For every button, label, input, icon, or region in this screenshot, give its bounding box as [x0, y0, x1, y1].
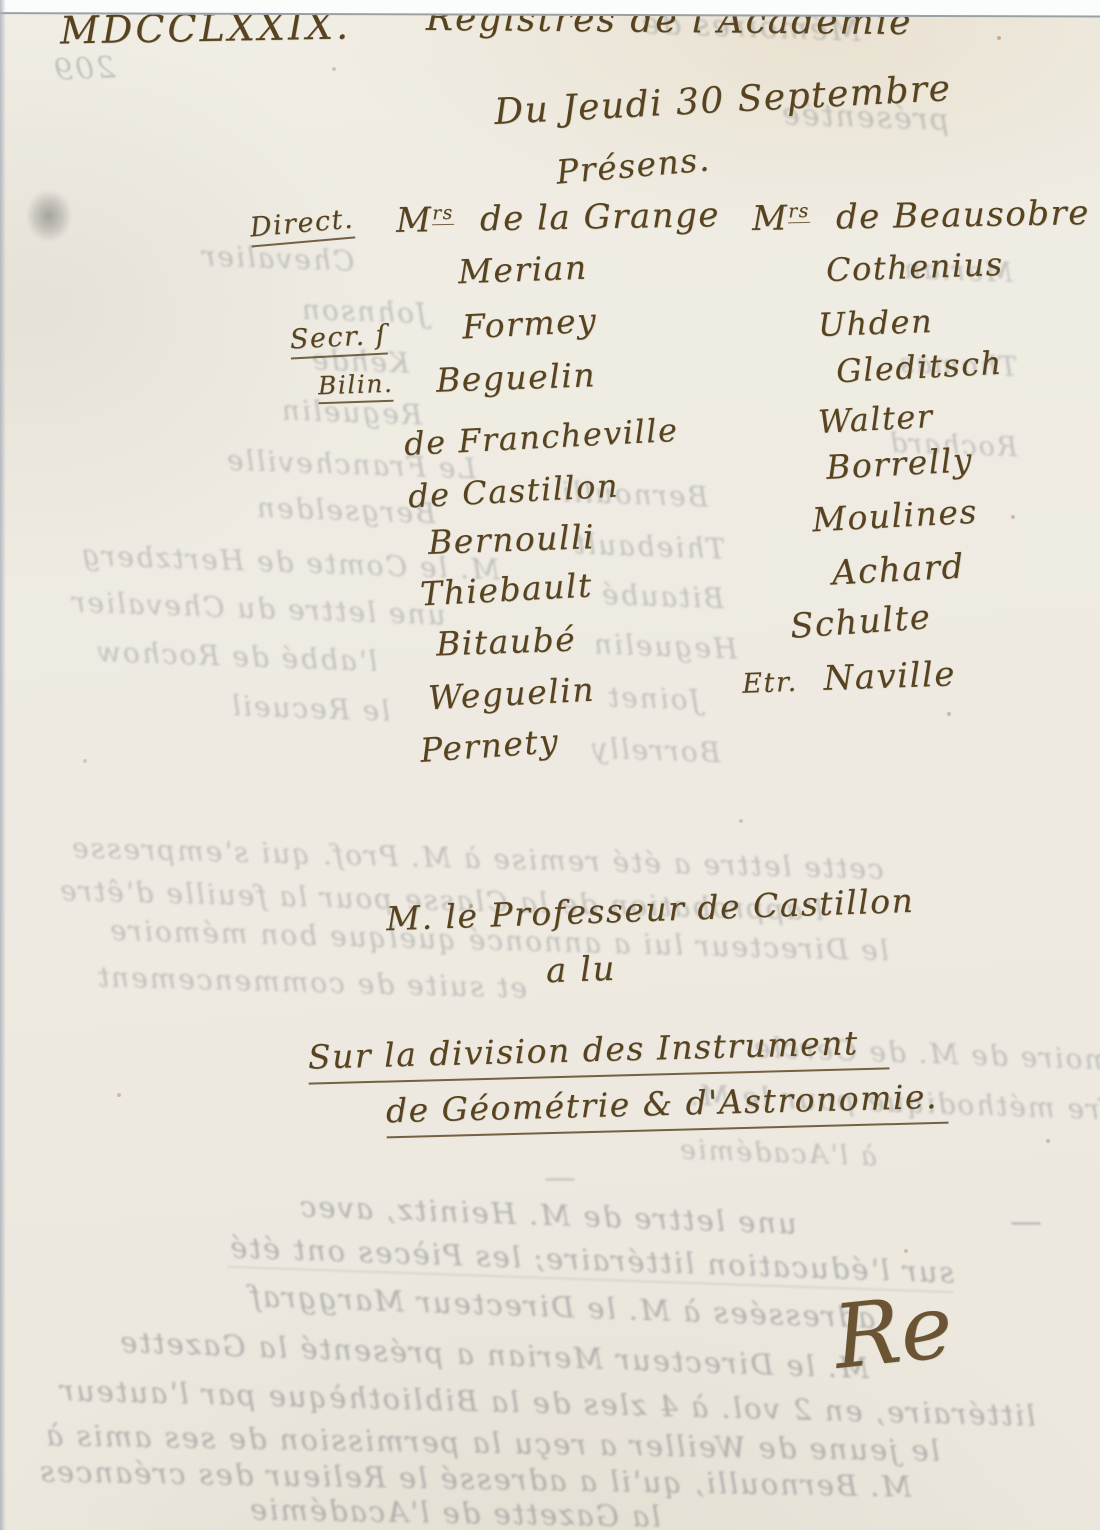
attendee-name: Schulte — [789, 597, 933, 647]
attendee-name: de Beausobre — [836, 193, 1091, 237]
attendance-col2-header: Mrsde Beausobre — [752, 193, 1091, 239]
attendee-name: Bitaubé — [435, 620, 576, 664]
attendee-name: Bernoulli — [427, 517, 595, 562]
bleedthrough-line: l'abbé de Rochow — [95, 635, 379, 678]
bleedthrough-line: une lettre de M. Heinitz, avec — [298, 1189, 798, 1240]
scan-edge-left — [0, 0, 6, 1530]
margin-label-third: Bilin. — [317, 369, 394, 405]
memoir-title-line1: Sur la division des Instrument — [307, 1022, 889, 1084]
bleedthrough-line: Joinet — [605, 680, 701, 716]
bleedthrough-line: une lettre du Chevalier — [70, 585, 447, 631]
bleedthrough-line: à l'Académie — [678, 1135, 878, 1173]
attendee-name: Achard — [831, 547, 966, 594]
bleedthrough-line: M. le Directeur Merian a présenté la Gaz… — [118, 1325, 870, 1385]
bleedthrough-line: le Recueil — [229, 689, 390, 728]
attendee-name: Pernety — [419, 721, 561, 770]
attendee-name: Gleditsch — [835, 344, 1004, 391]
bleedthrough-line: la Gazette de l'Académie — [248, 1492, 661, 1530]
foreign-abbr: Etr. — [742, 667, 798, 700]
spacer — [798, 690, 824, 691]
bleedthrough-dash: — — [1008, 1202, 1042, 1240]
attendee-name: Uhden — [817, 302, 933, 344]
scanned-document: 209 Mémoires de présentée Chevalier John… — [0, 0, 1100, 1530]
attendee-name: de Francheville — [403, 411, 679, 463]
attendee-name: Thiebault — [419, 566, 594, 614]
attendee-name: Borrelly — [825, 440, 974, 487]
attendee-name: Walter — [817, 397, 934, 441]
attendee-name: Cothenius — [825, 245, 1004, 289]
attendee-name: Weguelin — [427, 670, 596, 718]
manuscript-page: 209 Mémoires de présentée Chevalier John… — [0, 0, 1100, 1530]
bleedthrough-line: Borrelly — [589, 732, 721, 770]
messieurs-abbr: M — [396, 200, 433, 241]
bleedthrough-line: Heguelin — [591, 627, 738, 665]
bleedthrough-line: et suite de commencement — [96, 960, 528, 1004]
ink-smudge — [26, 190, 72, 242]
attendee-name: Beguelin — [435, 355, 596, 400]
messieurs-abbr: M — [752, 198, 789, 239]
bleedthrough-line: Bitaubé — [599, 578, 724, 615]
attendance-col1-header: Mrsde la Grange — [396, 195, 721, 241]
catchword-flourish: Re — [829, 1274, 957, 1389]
margin-label-director: Direct. — [249, 204, 356, 248]
attendee-name: Formey — [461, 300, 598, 346]
action-line: a lu — [545, 949, 616, 991]
presens-heading: Présens. — [555, 139, 712, 191]
bleedthrough-line: adressées à M. le Directeur Marggraf — [248, 1279, 876, 1335]
messieurs-abbr-sup: rs — [788, 201, 810, 223]
messieurs-abbr-sup: rs — [432, 202, 454, 224]
attendee-name: de la Grange — [480, 195, 721, 239]
foreign-member-line: Etr.Naville — [741, 654, 956, 701]
bleedthrough-page-number: 209 — [51, 50, 116, 88]
attendee-name: Merian — [457, 248, 588, 291]
memoir-title-line2: de Géométrie & d'Astronomie. — [385, 1077, 948, 1139]
attendee-name: Naville — [823, 654, 957, 699]
bleedthrough-dash: — — [542, 1158, 576, 1196]
margin-label-secretary: Secr. ſ — [289, 319, 388, 359]
attendee-name: Moulines — [811, 492, 979, 540]
